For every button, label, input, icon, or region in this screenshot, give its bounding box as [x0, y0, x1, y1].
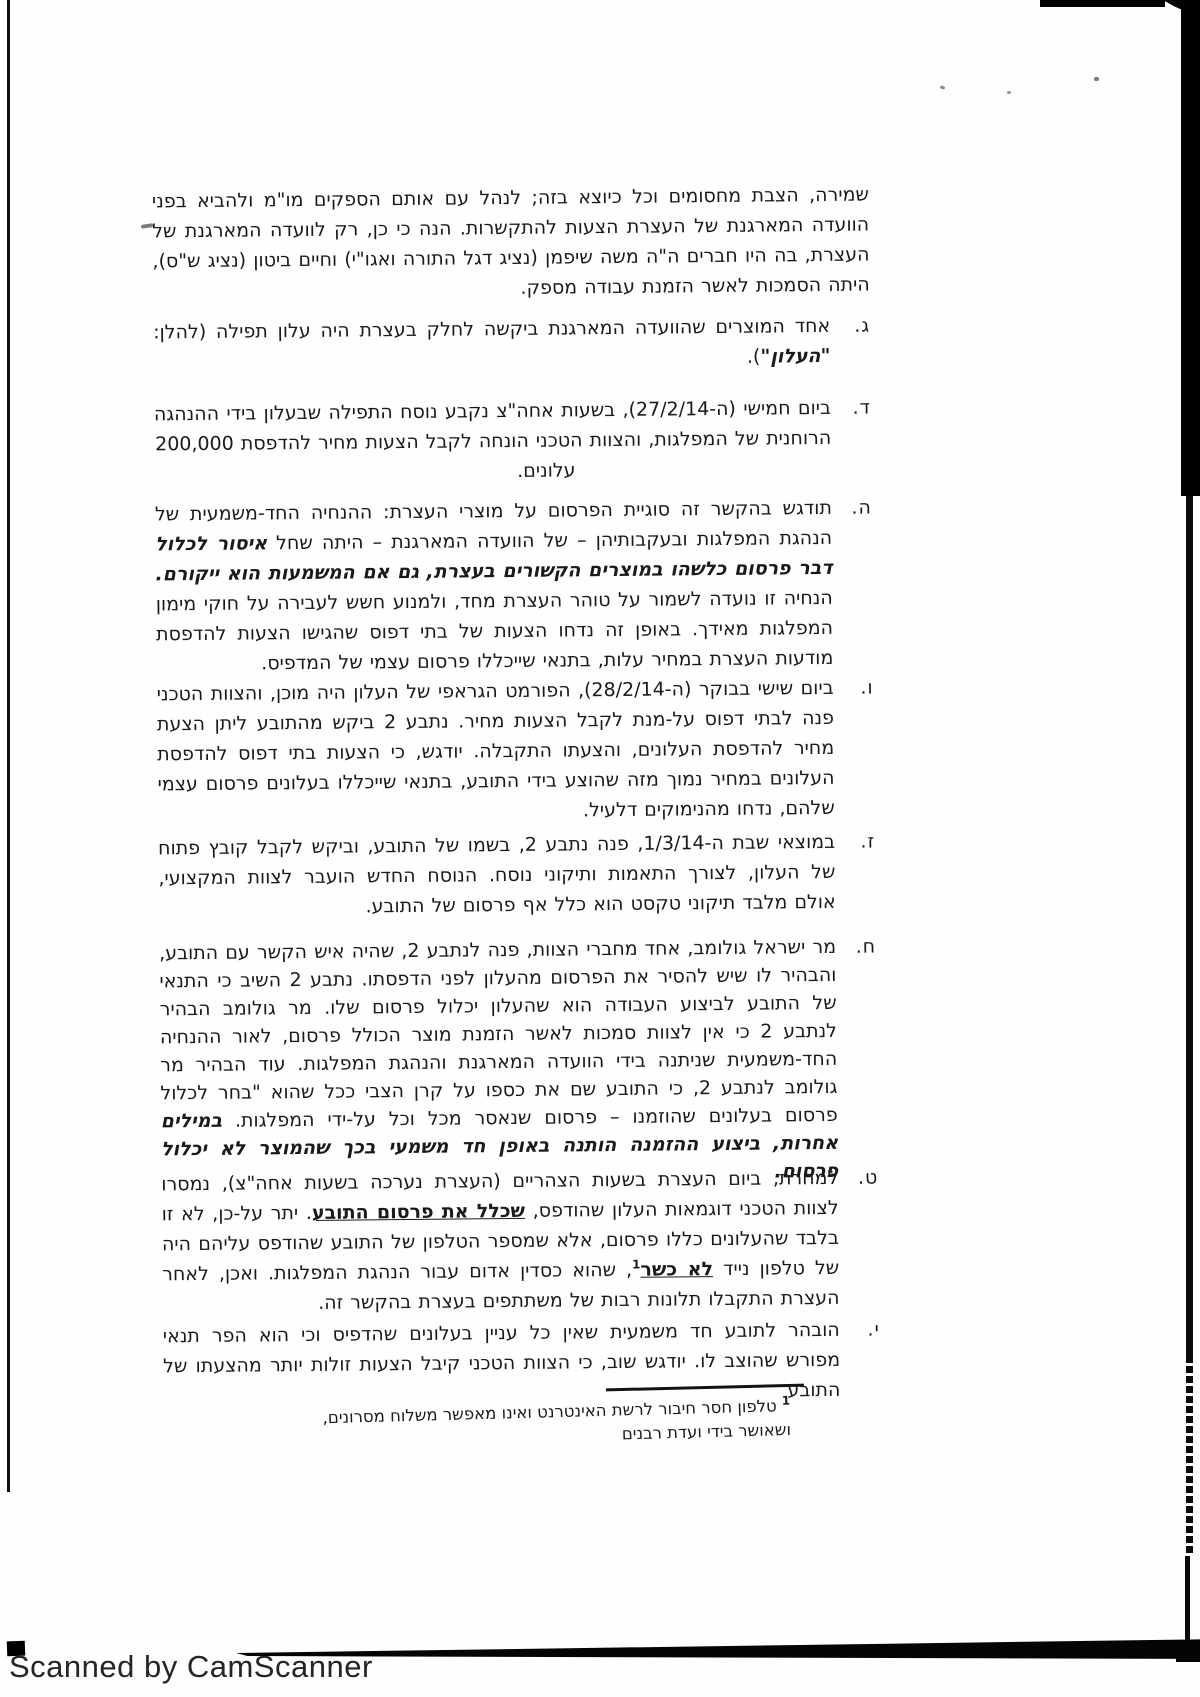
paragraph-marker: ד. [835, 393, 871, 423]
text-run-bold: "העלון" [760, 345, 830, 368]
scanned-document-page: שמירה, הצבת מחסומים וכל כיוצא בזה; לנהל … [0, 0, 1200, 1697]
text-run: הובהר לתובע חד משמעית שאין כל עניין בעלו… [163, 1319, 841, 1402]
scan-speck [940, 85, 946, 90]
paragraph-marker: ה. [836, 493, 872, 523]
scan-artifact-top-bar [1040, 0, 1165, 7]
text-run: מר ישראל גולומב, אחד מחברי הצוות, פנה לנ… [159, 936, 838, 1132]
paragraph-het: ח. מר ישראל גולומב, אחד מחברי הצוות, פנה… [159, 933, 878, 1192]
paragraph-marker: ח. [840, 933, 876, 961]
scan-artifact-right-edge-line [1186, 496, 1193, 1356]
text-run: ביום שישי בבוקר (ה-28/2/14), הפורמט הגרא… [157, 677, 835, 821]
paragraph-marker: ג. [834, 311, 870, 341]
text-run: הנחיה זו נועדה לשמור על טוהר העצרת מחד, … [156, 587, 834, 674]
text-run: עלונים. [154, 453, 831, 489]
text-run-bold-underline: שכלל את פרסום התובע [312, 1200, 525, 1224]
paragraph-dalet: ד. ביום חמישי (ה-27/2/14), בשעות אחה"צ נ… [154, 393, 872, 490]
paragraph-he: ה. תודגש בהקשר זה סוגיית הפרסום על מוצרי… [155, 493, 874, 680]
scan-artifact-right-edge-line-lower [1185, 1556, 1190, 1648]
paragraph-gimel: ג. אחד המוצרים שהוועדה המארגנת ביקשה לחל… [153, 311, 871, 378]
text-run: במוצאי שבת ה-1/3/14, פנה נתבע 2, בשמו של… [158, 831, 836, 918]
paragraph-marker: ט. [842, 1163, 878, 1193]
scan-artifact-right-edge-dashes [1186, 1356, 1193, 1556]
paragraph-vav: ו. ביום שישי בבוקר (ה-28/2/14), הפורמט ה… [157, 673, 875, 830]
text-run-bold-underline: לא כשר [640, 1258, 713, 1281]
scan-artifact-left-edge-line [7, 0, 10, 1492]
paragraph-marker: י. [844, 1314, 880, 1344]
text-run: שמירה, הצבת מחסומים וכל כיוצא בזה; לנהל … [152, 184, 870, 299]
text-run: אחד המוצרים שהוועדה המארגנת ביקשה לחלק ב… [153, 315, 830, 343]
scan-artifact-right-edge-bar [1181, 0, 1200, 496]
paragraph-intro-continuation: שמירה, הצבת מחסומים וכל כיוצא בזה; לנהל … [152, 180, 870, 307]
camscanner-watermark-text: Scanned by CamScanner [9, 1649, 373, 1685]
paragraph-marker: ז. [839, 827, 875, 857]
scan-speck [1007, 91, 1011, 94]
footnote-marker: 1 [782, 1394, 791, 1408]
text-run: ביום חמישי (ה-27/2/14), בשעות אחה"צ נקבע… [154, 397, 831, 455]
paragraph-marker: ו. [837, 673, 873, 703]
scan-artifact-bottom-wedge [236, 1638, 1200, 1660]
paragraph-zayin: ז. במוצאי שבת ה-1/3/14, פנה נתבע 2, בשמו… [158, 827, 876, 924]
text-run: ). [747, 346, 761, 368]
paragraph-tet: ט. למחרת, ביום העצרת בשעות הצהריים (העצר… [161, 1163, 879, 1320]
scan-speck [1094, 77, 1099, 81]
document-text-block: שמירה, הצבת מחסומים וכל כיוצא בזה; לנהל … [150, 0, 881, 1503]
scan-artifact-bottom-right-blob [1176, 1641, 1200, 1662]
